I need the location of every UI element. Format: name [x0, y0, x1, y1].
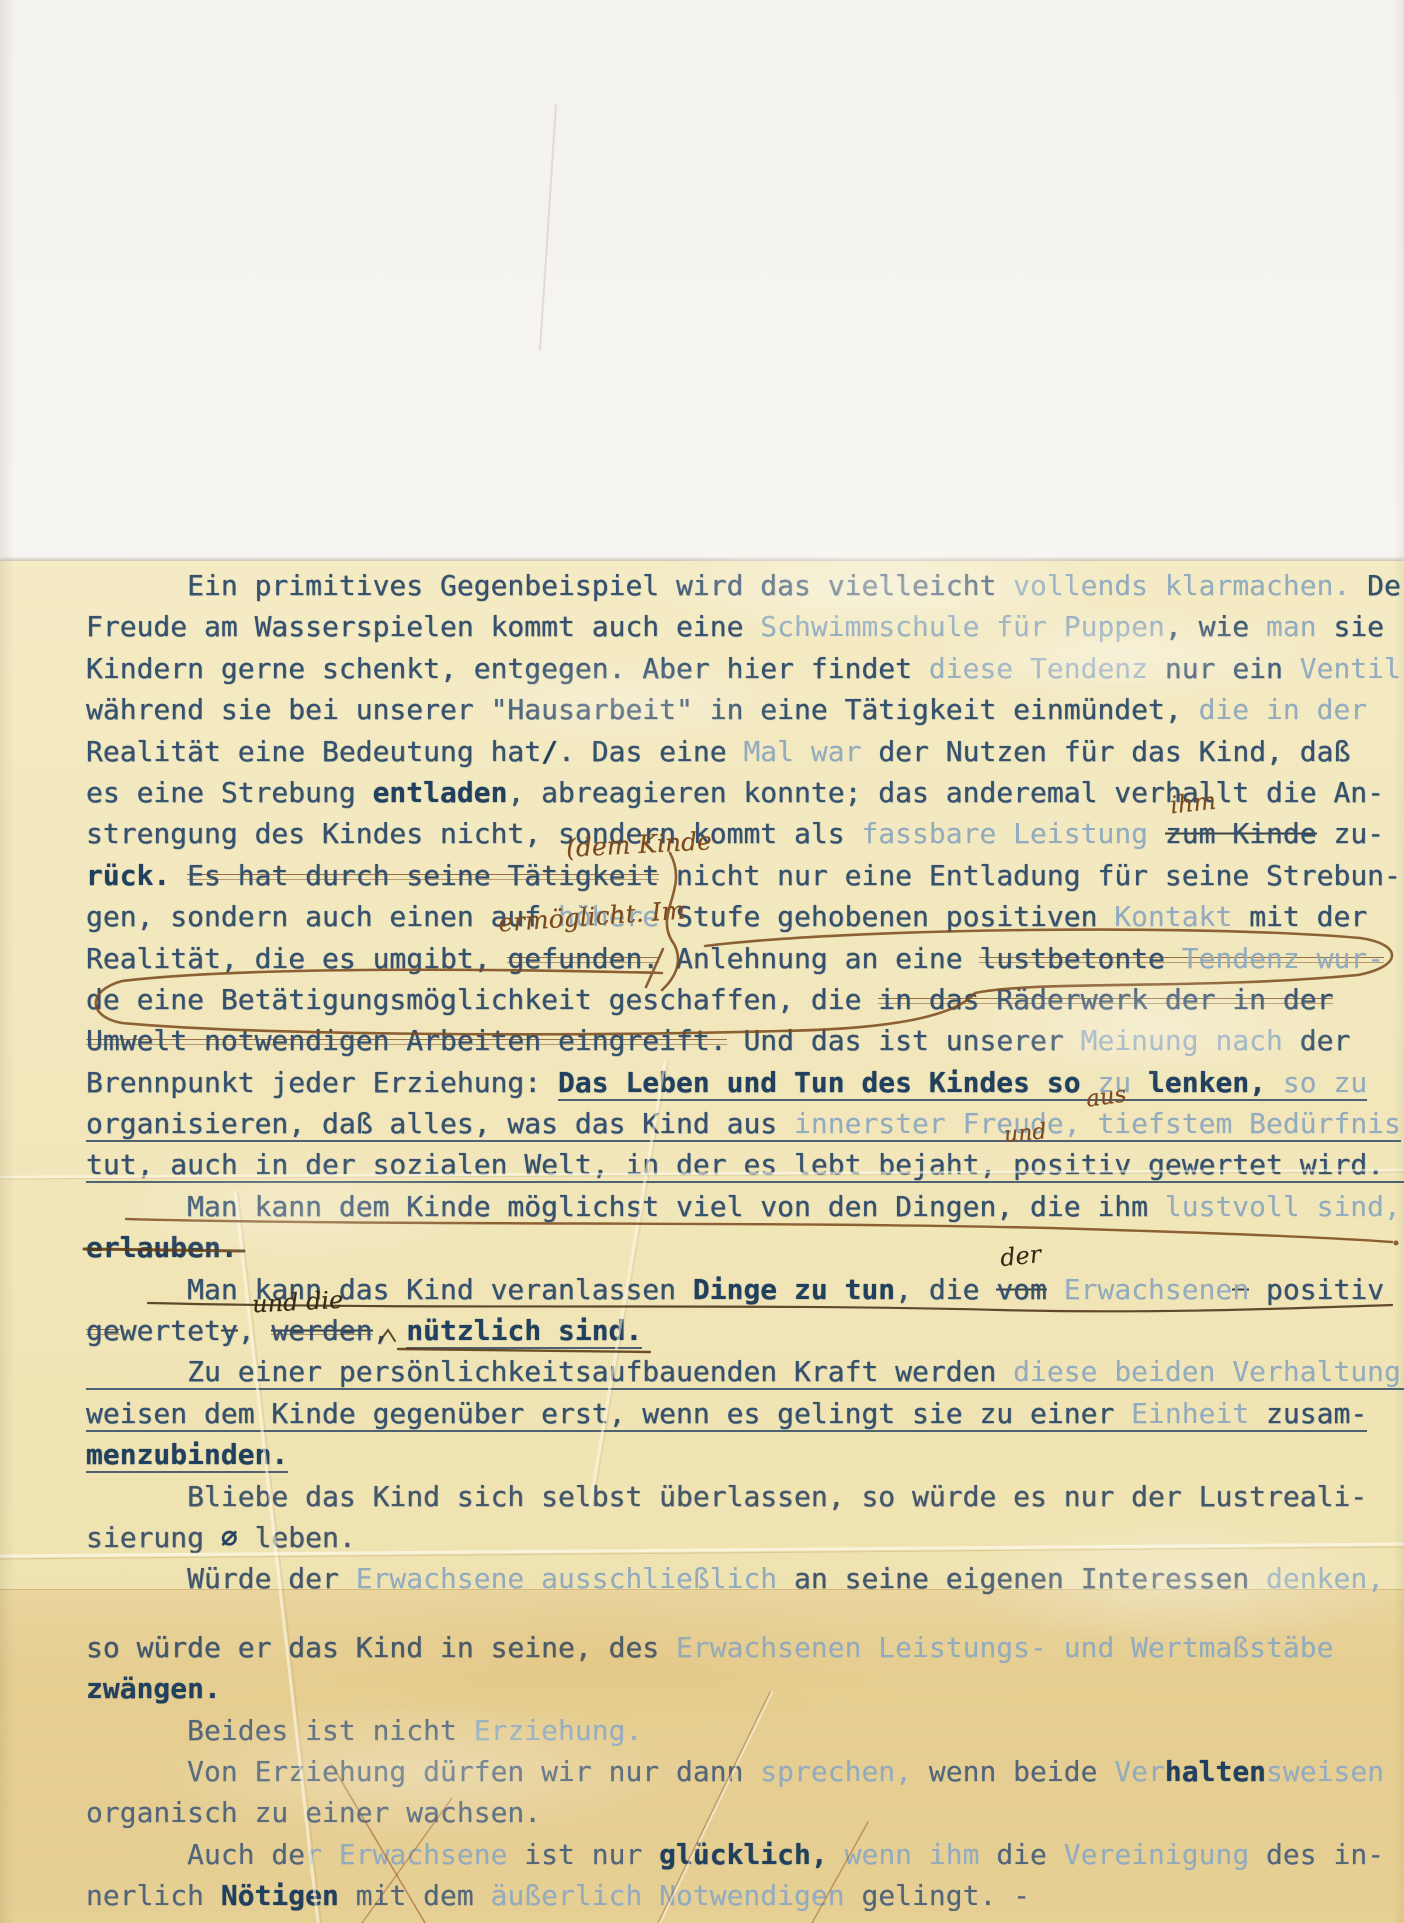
typed-segment: mit dem: [339, 1879, 491, 1912]
typed-segment: vollends klarmachen.: [1013, 569, 1350, 602]
typed-segment: vom: [996, 1273, 1047, 1306]
typed-segment: Kindern gerne schenkt, entgegen. Aber hi…: [86, 652, 929, 685]
typed-segment: organisieren, daß alles, was das Kind au…: [86, 1107, 794, 1142]
typed-line: Realität, die es umgibt, gefunden. Anleh…: [86, 938, 1404, 979]
typed-segment: in das Räderwerk der in der: [878, 983, 1333, 1016]
typed-line: gen, sondern auch einen auf höhere Stufe…: [86, 896, 1404, 937]
typed-segment: entladen: [373, 776, 508, 809]
typed-line: Von Erziehung dürfen wir nur dann sprech…: [86, 1751, 1404, 1792]
typed-segment: Einheit: [1131, 1397, 1249, 1432]
typed-segment: wenn ihm: [845, 1838, 980, 1871]
typed-segment: Es hat durch seine Tätigkeit: [187, 859, 659, 892]
typed-segment: lenken,: [1148, 1066, 1283, 1101]
typed-segment: positiv: [1249, 1273, 1384, 1306]
typed-segment: fassbare Leistung: [861, 817, 1148, 850]
typed-segment: leben.: [238, 1521, 356, 1554]
typed-line: Kindern gerne schenkt, entgegen. Aber hi…: [86, 648, 1404, 689]
typed-text-block: Ein primitives Gegenbeispiel wird das vi…: [86, 565, 1404, 1917]
typed-segment: Erziehung.: [474, 1714, 643, 1747]
typed-line: menzubinden.: [86, 1434, 1404, 1475]
typed-line: Umwelt notwendigen Arbeiten eingreift. U…: [86, 1020, 1404, 1061]
typed-segment: Bliebe das Kind sich selbst überlassen, …: [86, 1480, 1367, 1513]
typed-segment: Dinge zu tun: [693, 1273, 895, 1306]
typed-segment: zwängen.: [86, 1672, 221, 1705]
typed-segment: denken,: [1266, 1562, 1384, 1595]
typed-segment: Man kann das Kind veranlassen: [86, 1273, 693, 1306]
typed-segment: sie: [1317, 610, 1384, 643]
typed-segment: ge: [86, 1314, 120, 1347]
typed-segment: Anlehnung an eine: [659, 942, 979, 975]
typed-segment: man: [1266, 610, 1317, 643]
typed-segment: , abreagieren konnte; das anderemal verh…: [507, 776, 1384, 809]
typed-segment: Zu einer persönlichkeitsaufbauenden Kraf…: [86, 1355, 1013, 1390]
typed-segment: halten: [1165, 1755, 1266, 1788]
typed-segment: so zu: [1283, 1066, 1367, 1101]
typed-segment: de eine Betätigungsmöglichkeit geschaffe…: [86, 983, 878, 1016]
typed-segment: Tendenz wur-: [1182, 942, 1384, 975]
typed-segment: Schwimmschule für Puppen: [760, 610, 1165, 643]
typed-segment: die in der: [1199, 693, 1368, 726]
typed-segment: Brennpunkt jeder Erziehung:: [86, 1066, 558, 1099]
typed-segment: des in-: [1249, 1838, 1384, 1871]
typed-segment: Ver: [1114, 1755, 1165, 1788]
typed-segment: Realität eine Bedeutung hat: [86, 735, 541, 768]
typed-segment: wertet: [120, 1314, 221, 1347]
typed-segment: wenn beide: [912, 1755, 1114, 1788]
typed-line: Auch der Erwachsene ist nur glücklich, w…: [86, 1834, 1404, 1875]
typed-segment: diese beiden Verhaltungs: [1013, 1355, 1404, 1390]
typed-segment: zum Kinde: [1165, 817, 1317, 850]
typed-segment: Erwachsene ausschließlich: [356, 1562, 777, 1595]
handwritten-annotation: und die: [251, 1286, 343, 1319]
typed-line: während sie bei unserer "Hausarbeit" in …: [86, 689, 1404, 730]
handwritten-annotation: ihm: [1169, 787, 1218, 820]
typed-segment: ∅: [221, 1521, 238, 1554]
typed-segment: Und das ist unserer: [727, 1024, 1081, 1057]
typed-segment: ist nur: [507, 1838, 659, 1871]
typed-segment: nützlich sind.: [406, 1314, 642, 1349]
typed-segment: Mal war: [743, 735, 861, 768]
typed-segment: glücklich,: [659, 1838, 828, 1871]
typed-line: tut, auch in der sozialen Welt, in der e…: [86, 1144, 1404, 1185]
typed-line: nerlich Nötigen mit dem äußerlich Notwen…: [86, 1875, 1404, 1916]
typed-segment: mit der: [1232, 900, 1367, 933]
typed-segment: strengung des Kindes nicht, sondern komm…: [86, 817, 861, 850]
typed-segment: Von Erziehung dürfen wir nur dann: [86, 1755, 760, 1788]
typed-segment: sprechen,: [760, 1755, 912, 1788]
typed-segment: der Nutzen für das Kind, daß: [861, 735, 1350, 768]
typed-segment: Nötigen: [221, 1879, 339, 1912]
typed-segment: gelingt. -: [845, 1879, 1030, 1912]
typed-segment: der: [1283, 1024, 1350, 1057]
typed-segment: Stufe gehobenen positiven: [659, 900, 1114, 933]
handwritten-annotation: und: [1003, 1119, 1047, 1148]
typed-segment: Kontakt: [1114, 900, 1232, 933]
typed-segment: sweisen: [1266, 1755, 1384, 1788]
typed-segment: r Erwachsene: [305, 1838, 507, 1871]
typed-segment: Ein primitives Gegenbeispiel wird das vi…: [86, 569, 1013, 602]
typed-segment: zusam-: [1249, 1397, 1367, 1432]
typed-segment: tut, auch in der sozialen Welt, in der e…: [86, 1148, 1013, 1183]
typed-segment: ,: [373, 1314, 407, 1347]
typed-segment: nerlich: [86, 1879, 221, 1912]
typed-segment: Beides ist nicht: [86, 1714, 474, 1747]
typed-segment: weisen dem Kinde gegenüber erst, wenn es…: [86, 1397, 1131, 1432]
handwritten-annotation: der: [999, 1240, 1043, 1272]
typed-segment: es eine Strebung: [86, 776, 373, 809]
typed-segment: lustbetonte: [979, 942, 1181, 975]
typed-segment: [1384, 1148, 1404, 1183]
typed-segment: werden: [271, 1314, 372, 1347]
typed-segment: [828, 1838, 845, 1871]
typed-line: Brennpunkt jeder Erziehung: Das Leben un…: [86, 1062, 1404, 1103]
typed-line: organisch zu einer wachsen.: [86, 1792, 1404, 1833]
typed-segment: gen, sondern auch einen auf: [86, 900, 558, 933]
typed-segment: /: [541, 735, 558, 768]
typed-segment: y: [221, 1314, 238, 1347]
typed-segment: nur ein: [1148, 652, 1300, 685]
typed-segment: erlauben.: [86, 1231, 238, 1264]
typed-line: sierung ∅ leben.: [86, 1517, 1404, 1558]
typed-segment: menzubinden.: [86, 1438, 288, 1473]
typed-line: erlauben.: [86, 1227, 1404, 1268]
handwritten-annotation: aus: [1084, 1081, 1128, 1112]
typed-segment: [1148, 817, 1165, 850]
typed-segment: so würde er das Kind in seine, des: [86, 1631, 676, 1664]
typed-segment: rück.: [86, 859, 187, 892]
typed-segment: lustvoll sind,: [1165, 1190, 1401, 1223]
typed-segment: n: [1232, 1273, 1249, 1306]
typed-segment: gefunden.: [507, 942, 659, 975]
typed-line: Würde der Erwachsene ausschließlich an s…: [86, 1558, 1404, 1599]
typed-segment: Erwachsenen Leistungs- und Wertmaßstäbe: [676, 1631, 1333, 1664]
typed-segment: ,: [238, 1314, 272, 1347]
typed-segment: Würde der: [86, 1562, 356, 1595]
typed-segment: äußerlich Notwendigen: [491, 1879, 845, 1912]
typed-line: Beides ist nicht Erziehung.: [86, 1710, 1404, 1751]
typed-segment: Freude am Wasserspielen kommt auch eine: [86, 610, 760, 643]
typed-segment: Vereinigung: [1064, 1838, 1249, 1871]
typed-segment: Man kann dem Kinde möglichst viel von de…: [86, 1190, 1165, 1223]
typed-line: Bliebe das Kind sich selbst überlassen, …: [86, 1476, 1404, 1517]
typed-segment: die: [979, 1838, 1063, 1871]
typed-line: Ein primitives Gegenbeispiel wird das vi…: [86, 565, 1404, 606]
typed-segment: nicht nur eine Entladung für seine Streb…: [659, 859, 1401, 892]
typed-line: zwängen.: [86, 1668, 1404, 1709]
typed-segment: [1047, 1273, 1064, 1306]
typed-segment: Der: [1350, 569, 1404, 602]
typed-segment: diese Tendenz: [929, 652, 1148, 685]
typed-segment: . Das eine: [558, 735, 743, 768]
typed-segment: Das Leben und Tun des Kindes so: [558, 1066, 1097, 1101]
typed-segment: während sie bei unserer "Hausarbeit" in …: [86, 693, 1199, 726]
typed-segment: Auch de: [86, 1838, 305, 1871]
typed-segment: Realität, die es umgibt,: [86, 942, 507, 975]
typed-line: de eine Betätigungsmöglichkeit geschaffe…: [86, 979, 1404, 1020]
typed-line: organisieren, daß alles, was das Kind au…: [86, 1103, 1404, 1144]
typed-segment: , die: [895, 1273, 996, 1306]
typed-segment: positiv gewertet wird.: [1013, 1148, 1384, 1183]
typed-line: so würde er das Kind in seine, des Erwac…: [86, 1627, 1404, 1668]
typed-segment: sierung: [86, 1521, 221, 1554]
typed-segment: tiefstem Bedürfnis: [1081, 1107, 1401, 1142]
typed-line: Zu einer persönlichkeitsaufbauenden Kraf…: [86, 1351, 1404, 1392]
typed-line: strengung des Kindes nicht, sondern komm…: [86, 813, 1404, 854]
document-scan: Ein primitives Gegenbeispiel wird das vi…: [0, 0, 1404, 1923]
typed-line: rück. Es hat durch seine Tätigkeit nicht…: [86, 855, 1404, 896]
typed-segment: Meinung nach: [1081, 1024, 1283, 1057]
typed-line: Man kann dem Kinde möglichst viel von de…: [86, 1186, 1404, 1227]
typed-segment: zu-: [1317, 817, 1384, 850]
typed-segment: an seine eigenen Interessen: [777, 1562, 1266, 1595]
typed-segment: organisch zu einer wachsen.: [86, 1796, 541, 1829]
typed-segment: Erwachsene: [1064, 1273, 1233, 1306]
typed-segment: Umwelt notwendigen Arbeiten eingreift.: [86, 1024, 727, 1057]
typed-segment: , wie: [1165, 610, 1266, 643]
typed-line: Freude am Wasserspielen kommt auch eine …: [86, 606, 1404, 647]
typed-segment: Ventil: [1300, 652, 1401, 685]
typed-line: Realität eine Bedeutung hat/. Das eine M…: [86, 731, 1404, 772]
typed-line: weisen dem Kinde gegenüber erst, wenn es…: [86, 1393, 1404, 1434]
